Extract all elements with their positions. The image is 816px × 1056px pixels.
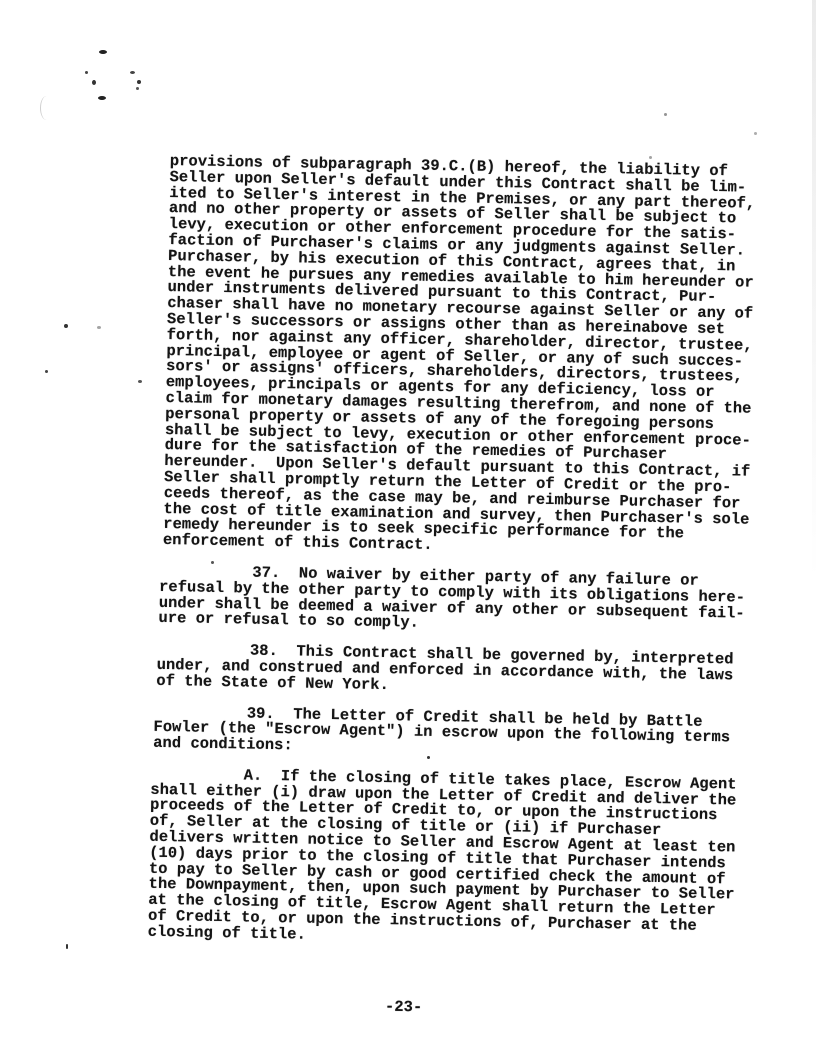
scan-speck [649,156,652,159]
scan-speck [664,113,667,116]
clause-39-a: A. If the closing of title takes place, … [148,767,745,952]
scan-speck [130,71,135,74]
scan-speck [97,326,101,329]
scanned-contract-page: provisions of subparagraph 39.C.(B) here… [0,0,816,1056]
clause-38: 38. This Contract shall be governed by, … [156,642,747,700]
scan-speck [85,71,88,74]
scan-edge-shadow [812,0,816,1056]
scan-speck [99,50,107,54]
scan-speck [136,87,139,90]
clause-39: 39. The Letter of Credit shall be held b… [153,704,746,762]
continuation-paragraph: provisions of subparagraph 39.C.(B) here… [163,154,756,560]
scan-speck [138,380,142,383]
scan-speck [137,80,141,84]
scan-speck [754,132,757,135]
scan-arc-artifact [40,96,53,120]
scan-speck [64,324,68,328]
page-number: -23- [385,998,423,1017]
clause-37: 37. No waiver by either party of any fai… [158,564,748,638]
scan-speck [45,370,48,373]
contract-text: provisions of subparagraph 39.C.(B) here… [156,154,756,951]
scan-speck [92,80,96,85]
scan-speck [98,96,106,100]
scan-speck [66,944,68,949]
